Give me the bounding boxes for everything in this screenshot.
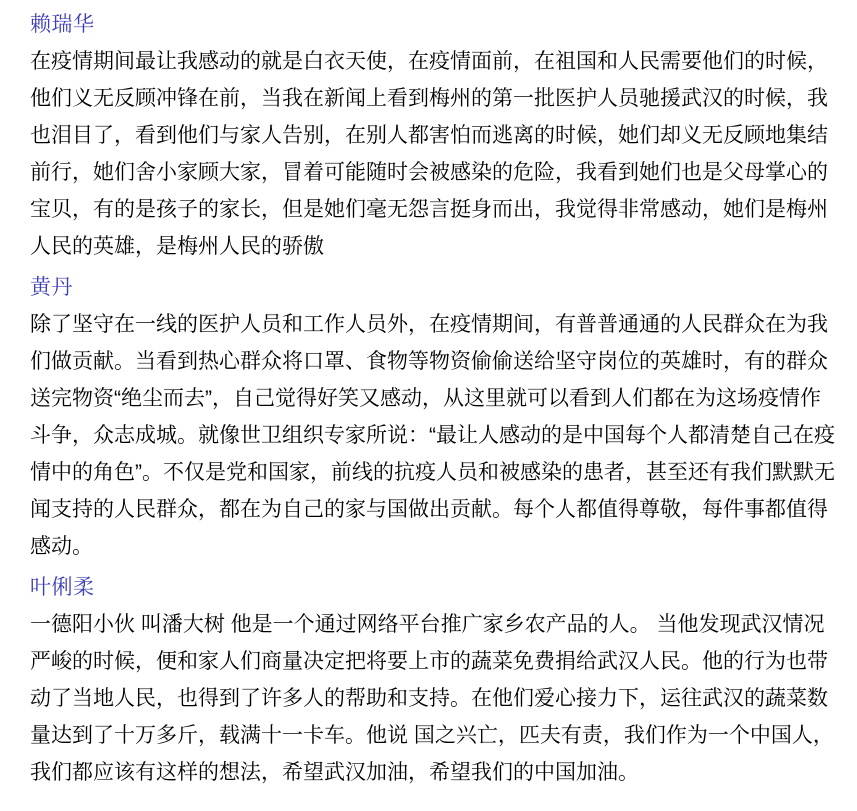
- comment-paragraph: 除了坚守在一线的医护人员和工作人员外，在疫情期间，有普普通通的人民群众在为我们做…: [30, 306, 840, 565]
- author-heading: 黄丹: [30, 269, 840, 306]
- comment-paragraph: 一德阳小伙 叫潘大树 他是一个通过网络平台推广家乡农产品的人。 当他发现武汉情况…: [30, 606, 840, 791]
- comment-section: 黄丹 除了坚守在一线的医护人员和工作人员外，在疫情期间，有普普通通的人民群众在为…: [30, 269, 840, 565]
- author-heading: 赖瑞华: [30, 6, 840, 43]
- comment-section: 赖瑞华 在疫情期间最让我感动的就是白衣天使，在疫情面前，在祖国和人民需要他们的时…: [30, 6, 840, 265]
- author-heading: 叶俐柔: [30, 569, 840, 606]
- comment-section: 叶俐柔 一德阳小伙 叫潘大树 他是一个通过网络平台推广家乡农产品的人。 当他发现…: [30, 569, 840, 791]
- comment-paragraph: 在疫情期间最让我感动的就是白衣天使，在疫情面前，在祖国和人民需要他们的时候，他们…: [30, 43, 840, 265]
- document-body: 赖瑞华 在疫情期间最让我感动的就是白衣天使，在疫情面前，在祖国和人民需要他们的时…: [0, 0, 857, 811]
